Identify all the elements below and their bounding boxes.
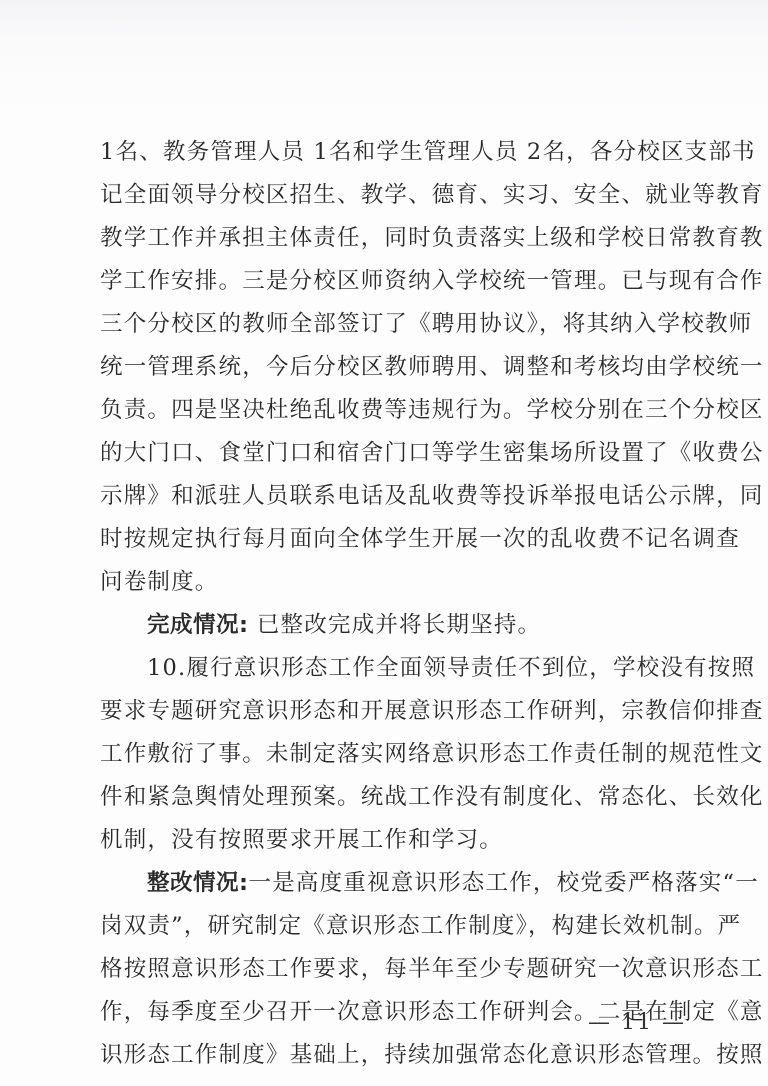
text-line: 时按规定执行每月面向全体学生开展一次的乱收费不记名调查 xyxy=(100,518,690,561)
text-line: 问卷制度。 xyxy=(100,561,690,604)
text-line: 工作敷衍了事。未制定落实网络意识形态工作责任制的规范性文 xyxy=(100,733,690,776)
text-line: 负责。四是坚决杜绝乱收费等违规行为。学校分别在三个分校区 xyxy=(100,389,690,432)
text-line: 岗双责”，研究制定《意识形态工作制度》，构建长效机制。严 xyxy=(100,905,690,948)
rectification-label: 整改情况: xyxy=(147,870,249,896)
text-line: 学工作安排。三是分校区师资纳入学校统一管理。已与现有合作 xyxy=(100,260,690,303)
text-line: 统一管理系统，今后分校区教师聘用、调整和考核均由学校统一 xyxy=(100,346,690,389)
completion-status-text: 已整改完成并将长期坚持。 xyxy=(249,612,542,638)
rectification-paragraph: 整改情况:一是高度重视意识形态工作，校党委严格落实“一 岗双责”，研究制定《意识… xyxy=(100,862,690,1077)
text-line: 10.履行意识形态工作全面领导责任不到位，学校没有按照 xyxy=(100,647,690,690)
text-line: 机制，没有按照要求开展工作和学习。 xyxy=(100,819,690,862)
document-page: 1名、教务管理人员 1名和学生管理人员 2名，各分校区支部书 记全面领导分校区招… xyxy=(0,0,768,1086)
text-line: 教学工作并承担主体责任，同时负责落实上级和学校日常教育教 xyxy=(100,217,690,260)
text-line: 1名、教务管理人员 1名和学生管理人员 2名，各分校区支部书 xyxy=(100,131,690,174)
document-body: 1名、教务管理人员 1名和学生管理人员 2名，各分校区支部书 记全面领导分校区招… xyxy=(100,131,690,1077)
text-line: 记全面领导分校区招生、教学、德育、实习、安全、就业等教育 xyxy=(100,174,690,217)
item-10-paragraph: 10.履行意识形态工作全面领导责任不到位，学校没有按照 要求专题研究意识形态和开… xyxy=(100,647,690,862)
completion-status-paragraph: 完成情况: 已整改完成并将长期坚持。 xyxy=(100,604,690,647)
text-line: 要求专题研究意识形态和开展意识形态工作研判，宗教信仰排查 xyxy=(100,690,690,733)
page-number: — 11 — xyxy=(588,1008,686,1038)
text-line: 三个分校区的教师全部签订了《聘用协议》，将其纳入学校教师 xyxy=(100,303,690,346)
paragraph-staffing: 1名、教务管理人员 1名和学生管理人员 2名，各分校区支部书 记全面领导分校区招… xyxy=(100,131,690,604)
text-line: 示牌》和派驻人员联系电话及乱收费等投诉举报电话公示牌，同 xyxy=(100,475,690,518)
rectification-text: 一是高度重视意识形态工作，校党委严格落实“一 xyxy=(249,870,759,896)
text-line: 格按照意识形态工作要求，每半年至少专题研究一次意识形态工 xyxy=(100,948,690,991)
text-line: 的大门口、食堂门口和宿舍门口等学生密集场所设置了《收费公 xyxy=(100,432,690,475)
text-line: 识形态工作制度》基础上，持续加强常态化意识形态管理。按照 xyxy=(100,1034,690,1077)
rectification-first-line: 整改情况:一是高度重视意识形态工作，校党委严格落实“一 xyxy=(100,862,690,905)
text-line: 件和紧急舆情处理预案。统战工作没有制度化、常态化、长效化 xyxy=(100,776,690,819)
completion-status-label: 完成情况: xyxy=(147,612,249,638)
